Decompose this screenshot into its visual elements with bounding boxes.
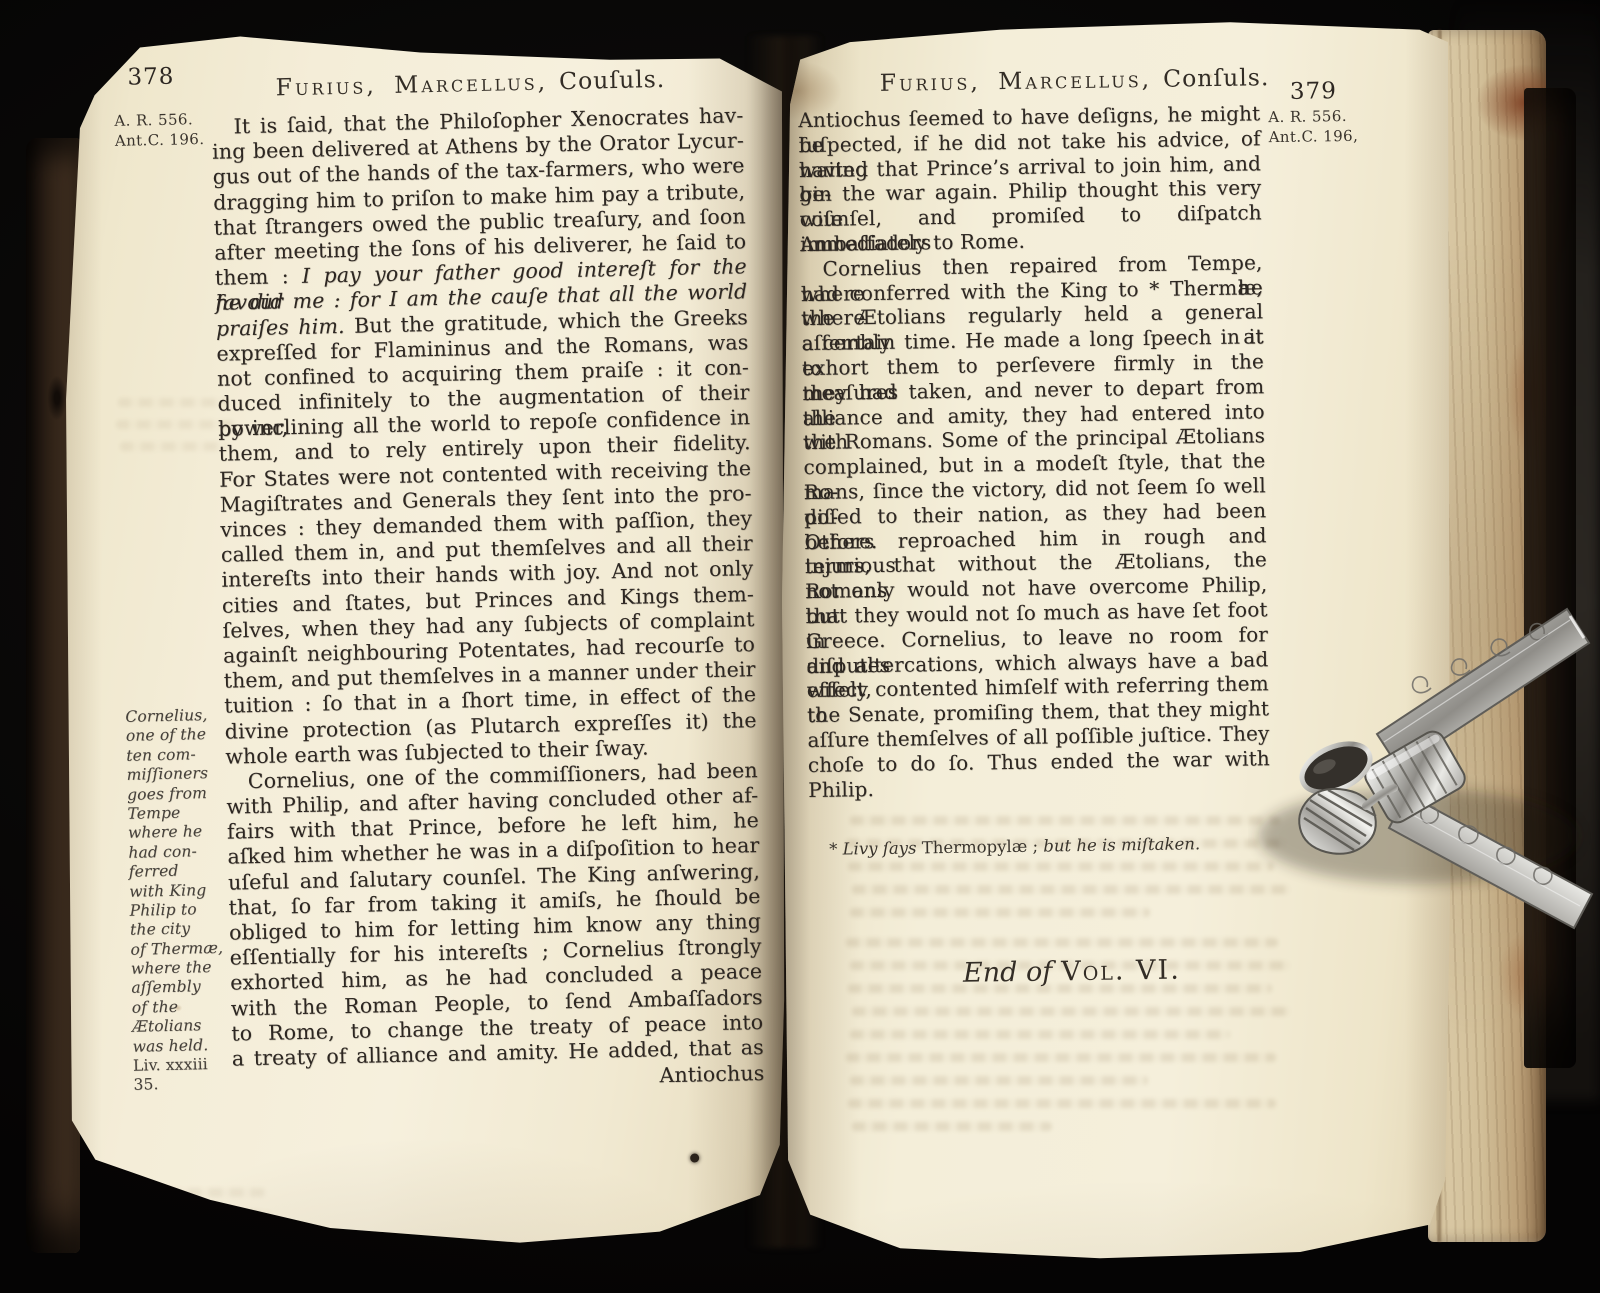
side-note-line: Cornelius, — [125, 703, 223, 725]
footnote-segment: * — [829, 840, 843, 859]
side-note-line: Liv. xxxiii — [133, 1052, 231, 1074]
margin-date-line-1: A. R. 556. — [114, 109, 204, 131]
footnote-segment: Livy ſays — [842, 838, 921, 858]
side-note-line: where the — [131, 955, 229, 977]
margin-date-line-2: Ant.C. 196. — [115, 129, 205, 151]
side-note-line: Ætolians — [132, 1013, 230, 1035]
margin-date-note: A. R. 556. Ant.C. 196. — [114, 109, 204, 151]
side-note-line: goes from — [127, 780, 225, 802]
running-header: Furius, Marcellus,Conſuls. — [880, 63, 1270, 97]
side-note-line: 35. — [133, 1071, 231, 1093]
running-header-smallcaps: Furius, Marcellus, — [880, 65, 1153, 97]
right-page-text-block: Antiochus ſeemed to have deſigns, he mig… — [798, 101, 1270, 802]
side-note-line: of Thermæ, — [130, 935, 228, 957]
side-note-line: the city — [130, 916, 228, 938]
bleed-through-line — [142, 1210, 270, 1219]
margin-date-note: A. R. 556. Ant.C. 196, — [1268, 106, 1358, 147]
volume-end-italic: End of — [963, 956, 1053, 988]
photo-stage: 378 Furius, Marcellus,Couſuls. A. R. 556… — [0, 0, 1600, 1293]
side-note-line: ten com- — [126, 741, 224, 763]
side-note-line: of the — [132, 993, 230, 1015]
volume-end-line: End ofVol. VI. — [963, 955, 1181, 989]
book-page-left: 378 Furius, Marcellus,Couſuls. A. R. 556… — [58, 28, 790, 1250]
footnote-segment: Thermopylæ ; — [922, 837, 1044, 858]
left-page-text-block: It is ſaid, that the Philoſopher Xenocra… — [211, 103, 764, 1072]
side-note-line: ferred — [129, 858, 227, 880]
page-number: 378 — [127, 64, 174, 91]
side-note-line: Tempe — [127, 800, 225, 822]
footnote-segment: but he is miſtaken. — [1043, 834, 1200, 855]
worm-hole-spot — [690, 1153, 699, 1162]
margin-date-line-1: A. R. 556. — [1268, 106, 1358, 127]
side-note-line: miſſioners — [126, 761, 224, 783]
running-header-tail: Conſuls. — [1163, 63, 1270, 93]
side-note-line: aſſembly — [131, 974, 229, 996]
side-note-line: was held. — [132, 1032, 230, 1054]
running-header: Furius, Marcellus,Couſuls. — [275, 65, 665, 101]
margin-date-line-2: Ant.C. 196, — [1268, 126, 1358, 147]
side-note-line: Philip to — [129, 897, 227, 919]
side-note-line: one of the — [126, 722, 224, 744]
margin-side-note: Cornelius,one of theten com-miſſionersgo… — [125, 703, 231, 1093]
bleed-through-line — [144, 1232, 256, 1241]
side-note-line: had con- — [128, 838, 226, 860]
footnote: * Livy ſays Thermopylæ ; but he is miſta… — [829, 834, 1200, 859]
running-header-tail: Couſuls. — [559, 65, 666, 95]
volume-end-smallcaps: Vol. VI. — [1061, 955, 1181, 988]
silver-bookmark-clip — [1248, 596, 1600, 1016]
side-note-line: where he — [128, 819, 226, 841]
running-header-smallcaps: Furius, Marcellus, — [275, 67, 548, 101]
side-note-line: with King — [129, 877, 227, 899]
page-number: 379 — [1290, 78, 1337, 105]
